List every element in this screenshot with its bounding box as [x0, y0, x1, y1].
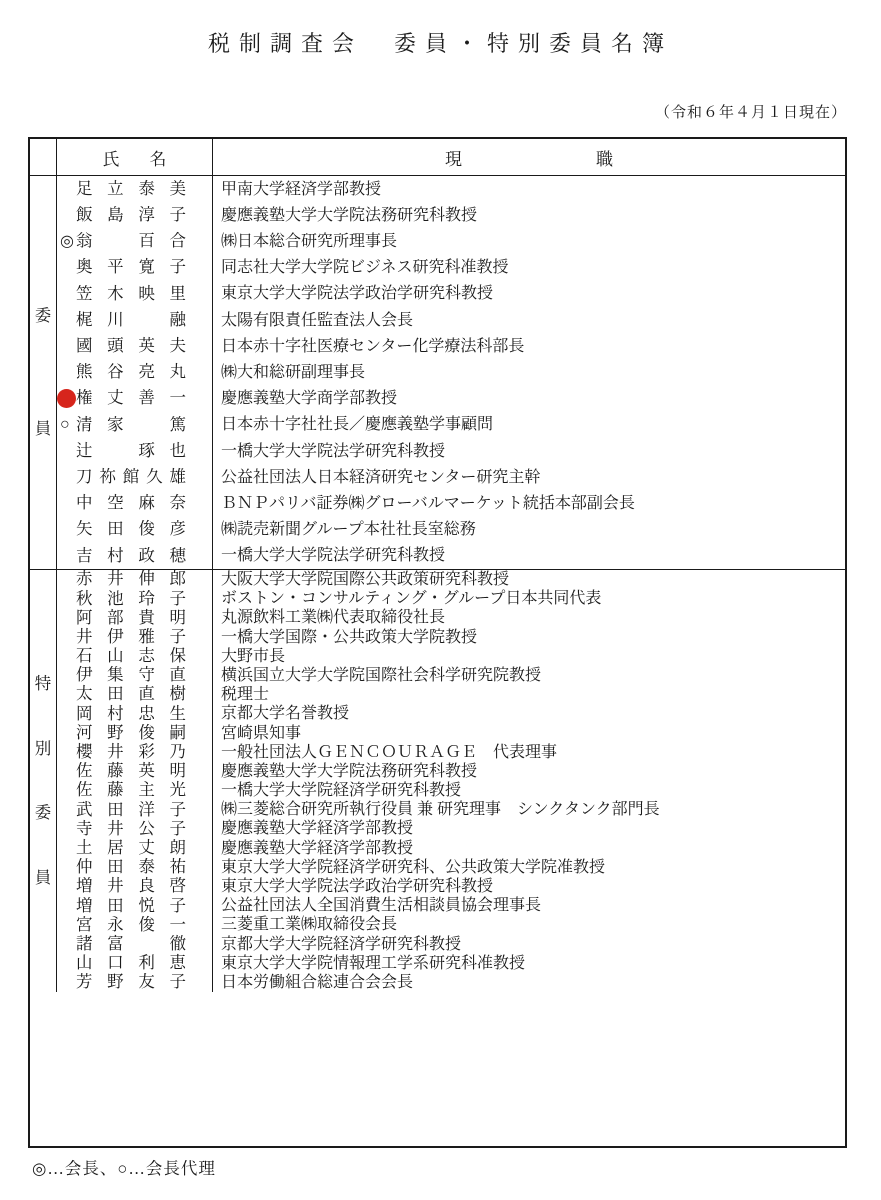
table-row: 矢田俊彦 ㈱読売新聞グループ本社社長室総務 — [57, 517, 845, 543]
name-cell: 太田直樹 — [57, 685, 213, 704]
name-cell: 石山志保 — [57, 647, 213, 666]
member-name: 井伊雅子 — [76, 629, 186, 646]
table-row: 石山志保 大野市長 — [57, 647, 845, 666]
member-name: 笠木映里 — [76, 286, 186, 303]
name-cell: 諸富 徹 — [57, 935, 213, 954]
member-position: 慶應義塾大学経済学部教授 — [221, 839, 413, 858]
table-row: 飯島淳子 慶應義塾大学大学院法務研究科教授 — [57, 202, 845, 228]
member-position: 慶應義塾大学大学院法務研究科教授 — [221, 206, 477, 225]
member-name: 寺井公子 — [76, 821, 186, 838]
member-name: 山口利恵 — [76, 955, 186, 972]
name-cell: 宮永俊一 — [57, 915, 213, 934]
table-row: 赤井伸郎 大阪大学大学院国際公共政策研究科教授 — [57, 570, 845, 589]
section-special-members: 特別委員 赤井伸郎 大阪大学大学院国際公共政策研究科教授 秋池玲子 ボストン・コ… — [30, 570, 845, 992]
name-cell: 井伊雅子 — [57, 628, 213, 647]
position-cell: 慶應義塾大学経済学部教授 — [213, 819, 845, 838]
name-cell: 佐藤主光 — [57, 781, 213, 800]
member-position: 公益社団法人日本経済研究センター研究主幹 — [221, 468, 540, 487]
name-cell: 山口利恵 — [57, 954, 213, 973]
table-row: 河野俊嗣 宮崎県知事 — [57, 724, 845, 743]
member-name: 芳野友子 — [76, 974, 186, 991]
legend-note: ◎…会長、○…会長代理 — [32, 1155, 216, 1179]
member-position: 一橋大学大学院法学研究科教授 — [221, 546, 445, 565]
name-cell: 権丈善一 — [57, 386, 213, 412]
position-cell: 慶應義塾大学大学院法務研究科教授 — [213, 762, 845, 781]
member-position: 東京大学大学院情報理工学系研究科准教授 — [221, 954, 525, 973]
name-cell: 國頭英夫 — [57, 333, 213, 359]
position-cell: 三菱重工業㈱取締役会長 — [213, 915, 845, 934]
member-position: 京都大学大学院経済学研究科教授 — [221, 935, 461, 954]
position-cell: ㈱大和総研副理事長 — [213, 359, 845, 385]
member-name: 國頭英夫 — [76, 338, 186, 355]
member-name: 吉村政穂 — [76, 548, 186, 565]
member-name: 増井良啓 — [76, 878, 186, 895]
position-cell: 東京大学大学院法学政治学研究科教授 — [213, 877, 845, 896]
table-row: 阿部貴明 丸源飲料工業㈱代表取締役社長 — [57, 608, 845, 627]
member-name: 仲田泰祐 — [76, 859, 186, 876]
table-row: 笠木映里 東京大学大学院法学政治学研究科教授 — [57, 281, 845, 307]
page-title: 税制調査会 委員・特別委員名簿 — [0, 27, 881, 58]
member-name: 権丈善一 — [76, 390, 186, 407]
member-position: 大阪大学大学院国際公共政策研究科教授 — [221, 570, 509, 589]
member-position: 日本労働組合総連合会会長 — [221, 973, 413, 992]
member-position: 三菱重工業㈱取締役会長 — [221, 915, 397, 934]
member-position: 日本赤十字社社長／慶應義塾学事顧問 — [221, 415, 493, 434]
member-name: 増田悦子 — [76, 898, 186, 915]
table-header-row: 氏名 現職 — [30, 139, 845, 176]
member-position: 公益社団法人全国消費生活相談員協会理事長 — [221, 896, 541, 915]
member-position: ㈱日本総合研究所理事長 — [221, 232, 397, 251]
position-cell: 慶應義塾大学経済学部教授 — [213, 839, 845, 858]
member-name: 足立泰美 — [76, 181, 186, 198]
red-dot-annotation — [57, 389, 76, 408]
name-cell: 櫻井彩乃 — [57, 743, 213, 762]
table-row: 梶川 融 太陽有限責任監査法人会長 — [57, 307, 845, 333]
name-cell: 辻 琢也 — [57, 438, 213, 464]
position-cell: 日本労働組合総連合会会長 — [213, 973, 845, 992]
position-cell: 一橋大学大学院法学研究科教授 — [213, 438, 845, 464]
table-row: 仲田泰祐 東京大学大学院経済学研究科、公共政策大学院准教授 — [57, 858, 845, 877]
name-cell: 吉村政穂 — [57, 543, 213, 569]
date-note: （令和６年４月１日現在） — [655, 101, 847, 122]
table-row: 秋池玲子 ボストン・コンサルティング・グループ日本共同代表 — [57, 589, 845, 608]
position-cell: 同志社大学大学院ビジネス研究科准教授 — [213, 255, 845, 281]
member-position: 東京大学大学院経済学研究科、公共政策大学院准教授 — [221, 858, 605, 877]
member-position: 同志社大学大学院ビジネス研究科准教授 — [221, 258, 509, 277]
name-cell: 刀祢館久雄 — [57, 464, 213, 490]
row-marker: ○ — [60, 417, 76, 433]
name-cell: 仲田泰祐 — [57, 858, 213, 877]
table-row: 國頭英夫 日本赤十字社医療センター化学療法科部長 — [57, 333, 845, 359]
table-row: 奥平寛子 同志社大学大学院ビジネス研究科准教授 — [57, 255, 845, 281]
table-row: 櫻井彩乃 一般社団法人ＧＥＮＣＯＵＲＡＧＥ 代表理事 — [57, 743, 845, 762]
table-row: ◎ 翁 百合 ㈱日本総合研究所理事長 — [57, 228, 845, 254]
member-position: ＢＮＰパリバ証券㈱グローバルマーケット統括本部副会長 — [221, 494, 635, 513]
table-row: 佐藤主光 一橋大学大学院経済学研究科教授 — [57, 781, 845, 800]
position-cell: 日本赤十字社医療センター化学療法科部長 — [213, 333, 845, 359]
category-char: 員 — [35, 870, 52, 887]
name-cell: ○ 清家 篤 — [57, 412, 213, 438]
member-position: 横浜国立大学大学院国際社会科学研究院教授 — [221, 666, 541, 685]
member-position: 東京大学大学院法学政治学研究科教授 — [221, 284, 493, 303]
member-name: 辻 琢也 — [76, 443, 186, 460]
member-position: 丸源飲料工業㈱代表取締役社長 — [221, 608, 445, 627]
table-row: 佐藤英明 慶應義塾大学大学院法務研究科教授 — [57, 762, 845, 781]
row-marker — [60, 389, 76, 408]
table-body: 委員 足立泰美 甲南大学経済学部教授 飯島淳子 慶應義塾大学大学院法務研究科教授… — [30, 176, 845, 992]
name-cell: 飯島淳子 — [57, 202, 213, 228]
position-cell: 一橋大学大学院法学研究科教授 — [213, 543, 845, 569]
member-position: 一橋大学国際・公共政策大学院教授 — [221, 628, 477, 647]
name-header-cell: 氏名 — [57, 139, 213, 175]
name-cell: 矢田俊彦 — [57, 517, 213, 543]
name-cell: 熊谷亮丸 — [57, 359, 213, 385]
name-cell: 中空麻奈 — [57, 490, 213, 516]
member-name: 熊谷亮丸 — [76, 364, 186, 381]
name-cell: ◎ 翁 百合 — [57, 228, 213, 254]
position-cell: 税理士 — [213, 685, 845, 704]
member-name: 秋池玲子 — [76, 591, 186, 608]
position-cell: ㈱日本総合研究所理事長 — [213, 228, 845, 254]
category-char: 委 — [35, 805, 52, 822]
member-name: 河野俊嗣 — [76, 725, 186, 742]
member-position: 太陽有限責任監査法人会長 — [221, 311, 413, 330]
table-row: 中空麻奈 ＢＮＰパリバ証券㈱グローバルマーケット統括本部副会長 — [57, 490, 845, 516]
name-cell: 奥平寛子 — [57, 255, 213, 281]
position-cell: ㈱三菱総合研究所執行役員 兼 研究理事 シンクタンク部門長 — [213, 800, 845, 819]
member-name: 刀祢館久雄 — [76, 469, 186, 486]
position-cell: 一般社団法人ＧＥＮＣＯＵＲＡＧＥ 代表理事 — [213, 743, 845, 762]
table-row: 宮永俊一 三菱重工業㈱取締役会長 — [57, 915, 845, 934]
member-position: 日本赤十字社医療センター化学療法科部長 — [221, 337, 524, 356]
member-name: 翁 百合 — [76, 233, 186, 250]
position-cell: 慶應義塾大学商学部教授 — [213, 386, 845, 412]
position-header-label: 現職 — [445, 145, 613, 170]
category-header-cell — [30, 139, 57, 175]
member-position: 慶應義塾大学経済学部教授 — [221, 819, 413, 838]
position-cell: 日本赤十字社社長／慶應義塾学事顧問 — [213, 412, 845, 438]
category-label: 委員 — [30, 176, 57, 569]
position-header-cell: 現職 — [213, 139, 845, 175]
position-cell: 丸源飲料工業㈱代表取締役社長 — [213, 608, 845, 627]
table-row: 増田悦子 公益社団法人全国消費生活相談員協会理事長 — [57, 896, 845, 915]
name-header-label: 氏名 — [103, 145, 167, 170]
name-cell: 笠木映里 — [57, 281, 213, 307]
member-name: 中空麻奈 — [76, 495, 186, 512]
position-cell: 東京大学大学院経済学研究科、公共政策大学院准教授 — [213, 858, 845, 877]
position-cell: 京都大学大学院経済学研究科教授 — [213, 935, 845, 954]
member-position: 宮崎県知事 — [221, 724, 301, 743]
member-name: 宮永俊一 — [76, 917, 186, 934]
table-row: 伊集守直 横浜国立大学大学院国際社会科学研究院教授 — [57, 666, 845, 685]
table-row: 土居丈朗 慶應義塾大学経済学部教授 — [57, 839, 845, 858]
name-cell: 増田悦子 — [57, 896, 213, 915]
table-row: 諸富 徹 京都大学大学院経済学研究科教授 — [57, 935, 845, 954]
position-cell: 大阪大学大学院国際公共政策研究科教授 — [213, 570, 845, 589]
member-name: 阿部貴明 — [76, 610, 186, 627]
position-cell: 横浜国立大学大学院国際社会科学研究院教授 — [213, 666, 845, 685]
member-name: 清家 篤 — [76, 417, 186, 434]
table-row: 熊谷亮丸 ㈱大和総研副理事長 — [57, 359, 845, 385]
member-name: 櫻井彩乃 — [76, 744, 186, 761]
name-cell: 土居丈朗 — [57, 839, 213, 858]
table-row: 吉村政穂 一橋大学大学院法学研究科教授 — [57, 543, 845, 569]
name-cell: 岡村忠生 — [57, 704, 213, 723]
member-position: 一般社団法人ＧＥＮＣＯＵＲＡＧＥ 代表理事 — [221, 743, 557, 762]
category-char: 特 — [35, 676, 52, 693]
member-position: 甲南大学経済学部教授 — [221, 180, 381, 199]
position-cell: 大野市長 — [213, 647, 845, 666]
category-char: 員 — [35, 421, 52, 438]
table-row: 岡村忠生 京都大学名誉教授 — [57, 704, 845, 723]
position-cell: 宮崎県知事 — [213, 724, 845, 743]
table-row: 足立泰美 甲南大学経済学部教授 — [57, 176, 845, 202]
member-position: ㈱読売新聞グループ本社社長室総務 — [221, 520, 476, 539]
member-name: 奥平寛子 — [76, 259, 186, 276]
name-cell: 武田洋子 — [57, 800, 213, 819]
name-cell: 寺井公子 — [57, 819, 213, 838]
member-position: 一橋大学大学院経済学研究科教授 — [221, 781, 461, 800]
name-cell: 赤井伸郎 — [57, 570, 213, 589]
name-cell: 秋池玲子 — [57, 589, 213, 608]
rows-container: 足立泰美 甲南大学経済学部教授 飯島淳子 慶應義塾大学大学院法務研究科教授 ◎ … — [57, 176, 845, 569]
member-name: 太田直樹 — [76, 686, 186, 703]
member-position: 慶應義塾大学商学部教授 — [221, 389, 397, 408]
member-position: 慶應義塾大学大学院法務研究科教授 — [221, 762, 477, 781]
member-position: ボストン・コンサルティング・グループ日本共同代表 — [221, 589, 601, 608]
position-cell: 公益社団法人日本経済研究センター研究主幹 — [213, 464, 845, 490]
position-cell: 東京大学大学院情報理工学系研究科准教授 — [213, 954, 845, 973]
position-cell: 慶應義塾大学大学院法務研究科教授 — [213, 202, 845, 228]
table-row: 武田洋子 ㈱三菱総合研究所執行役員 兼 研究理事 シンクタンク部門長 — [57, 800, 845, 819]
member-name: 岡村忠生 — [76, 706, 186, 723]
member-name: 諸富 徹 — [76, 936, 186, 953]
name-cell: 伊集守直 — [57, 666, 213, 685]
table-row: 辻 琢也 一橋大学大学院法学研究科教授 — [57, 438, 845, 464]
member-name: 梶川 融 — [76, 312, 186, 329]
position-cell: 甲南大学経済学部教授 — [213, 176, 845, 202]
table-row: 増井良啓 東京大学大学院法学政治学研究科教授 — [57, 877, 845, 896]
table-row: ○ 清家 篤 日本赤十字社社長／慶應義塾学事顧問 — [57, 412, 845, 438]
table-row: 権丈善一 慶應義塾大学商学部教授 — [57, 386, 845, 412]
name-cell: 阿部貴明 — [57, 608, 213, 627]
position-cell: ＢＮＰパリバ証券㈱グローバルマーケット統括本部副会長 — [213, 490, 845, 516]
table-row: 寺井公子 慶應義塾大学経済学部教授 — [57, 819, 845, 838]
position-cell: 一橋大学国際・公共政策大学院教授 — [213, 628, 845, 647]
member-position: 大野市長 — [221, 647, 285, 666]
member-name: 佐藤主光 — [76, 782, 186, 799]
member-name: 飯島淳子 — [76, 207, 186, 224]
category-label: 特別委員 — [30, 570, 57, 992]
member-name: 赤井伸郎 — [76, 571, 186, 588]
position-cell: 公益社団法人全国消費生活相談員協会理事長 — [213, 896, 845, 915]
category-char: 別 — [35, 741, 52, 758]
member-name: 石山志保 — [76, 648, 186, 665]
table-row: 井伊雅子 一橋大学国際・公共政策大学院教授 — [57, 628, 845, 647]
position-cell: ㈱読売新聞グループ本社社長室総務 — [213, 517, 845, 543]
position-cell: 東京大学大学院法学政治学研究科教授 — [213, 281, 845, 307]
member-name: 佐藤英明 — [76, 763, 186, 780]
name-cell: 梶川 融 — [57, 307, 213, 333]
position-cell: 京都大学名誉教授 — [213, 704, 845, 723]
name-cell: 増井良啓 — [57, 877, 213, 896]
position-cell: 太陽有限責任監査法人会長 — [213, 307, 845, 333]
name-cell: 佐藤英明 — [57, 762, 213, 781]
member-position: ㈱三菱総合研究所執行役員 兼 研究理事 シンクタンク部門長 — [221, 800, 660, 819]
name-cell: 河野俊嗣 — [57, 724, 213, 743]
name-cell: 芳野友子 — [57, 973, 213, 992]
member-name: 武田洋子 — [76, 802, 186, 819]
position-cell: ボストン・コンサルティング・グループ日本共同代表 — [213, 589, 845, 608]
position-cell: 一橋大学大学院経済学研究科教授 — [213, 781, 845, 800]
member-position: ㈱大和総研副理事長 — [221, 363, 365, 382]
table-row: 芳野友子 日本労働組合総連合会会長 — [57, 973, 845, 992]
table-row: 太田直樹 税理士 — [57, 685, 845, 704]
roster-table: 氏名 現職 委員 足立泰美 甲南大学経済学部教授 飯島淳子 慶應義塾大学大学院法… — [28, 137, 847, 1148]
member-name: 矢田俊彦 — [76, 521, 186, 538]
row-marker: ◎ — [60, 234, 76, 250]
member-position: 一橋大学大学院法学研究科教授 — [221, 442, 445, 461]
table-row: 山口利恵 東京大学大学院情報理工学系研究科准教授 — [57, 954, 845, 973]
category-char: 委 — [35, 308, 52, 325]
member-name: 土居丈朗 — [76, 840, 186, 857]
table-row: 刀祢館久雄 公益社団法人日本経済研究センター研究主幹 — [57, 464, 845, 490]
member-position: 東京大学大学院法学政治学研究科教授 — [221, 877, 493, 896]
rows-container: 赤井伸郎 大阪大学大学院国際公共政策研究科教授 秋池玲子 ボストン・コンサルティ… — [57, 570, 845, 992]
member-position: 税理士 — [221, 685, 269, 704]
section-members: 委員 足立泰美 甲南大学経済学部教授 飯島淳子 慶應義塾大学大学院法務研究科教授… — [30, 176, 845, 570]
name-cell: 足立泰美 — [57, 176, 213, 202]
member-name: 伊集守直 — [76, 667, 186, 684]
document-page: 税制調査会 委員・特別委員名簿 （令和６年４月１日現在） 氏名 現職 委員 足立… — [0, 0, 881, 1200]
member-position: 京都大学名誉教授 — [221, 704, 349, 723]
